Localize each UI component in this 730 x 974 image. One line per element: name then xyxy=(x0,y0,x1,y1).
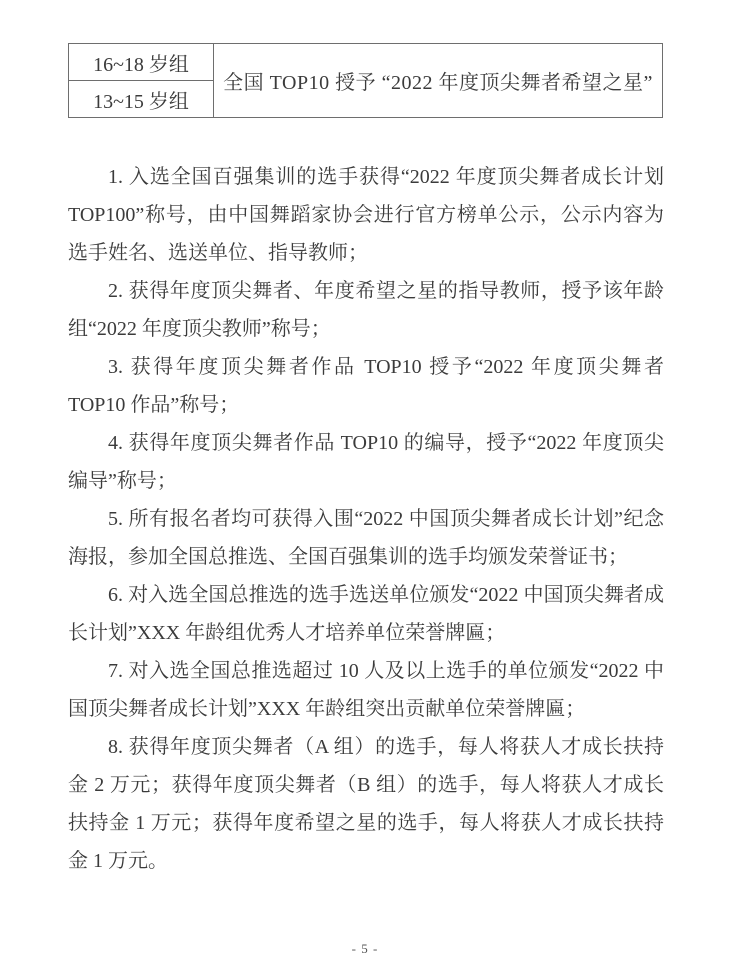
age-group-cell-16-18: 16~18 岁组 xyxy=(69,44,214,81)
paragraph-4: 4. 获得年度顶尖舞者作品 TOP10 的编导，授予“2022 年度顶尖编导”称… xyxy=(68,424,664,500)
paragraph-8: 8. 获得年度顶尖舞者（A 组）的选手，每人将获人才成长扶持金 2 万元；获得年… xyxy=(68,728,664,880)
table-row: 16~18 岁组 全国 TOP10 授予 “2022 年度顶尖舞者希望之星” xyxy=(69,44,663,81)
award-text-cell: 全国 TOP10 授予 “2022 年度顶尖舞者希望之星” xyxy=(214,44,663,118)
award-table: 16~18 岁组 全国 TOP10 授予 “2022 年度顶尖舞者希望之星” 1… xyxy=(68,43,663,118)
page-number: - 5 - xyxy=(0,941,730,957)
document-body: 1. 入选全国百强集训的选手获得“2022 年度顶尖舞者成长计划 TOP100”… xyxy=(68,158,664,880)
paragraph-2: 2. 获得年度顶尖舞者、年度希望之星的指导教师，授予该年龄组“2022 年度顶尖… xyxy=(68,272,664,348)
award-table-section: 16~18 岁组 全国 TOP10 授予 “2022 年度顶尖舞者希望之星” 1… xyxy=(68,43,663,118)
age-group-cell-13-15: 13~15 岁组 xyxy=(69,81,214,118)
paragraph-1: 1. 入选全国百强集训的选手获得“2022 年度顶尖舞者成长计划 TOP100”… xyxy=(68,158,664,272)
paragraph-3: 3. 获得年度顶尖舞者作品 TOP10 授予“2022 年度顶尖舞者 TOP10… xyxy=(68,348,664,424)
paragraph-6: 6. 对入选全国总推选的选手选送单位颁发“2022 中国顶尖舞者成长计划”XXX… xyxy=(68,576,664,652)
paragraph-5: 5. 所有报名者均可获得入围“2022 中国顶尖舞者成长计划”纪念海报，参加全国… xyxy=(68,500,664,576)
paragraph-7: 7. 对入选全国总推选超过 10 人及以上选手的单位颁发“2022 中国顶尖舞者… xyxy=(68,652,664,728)
